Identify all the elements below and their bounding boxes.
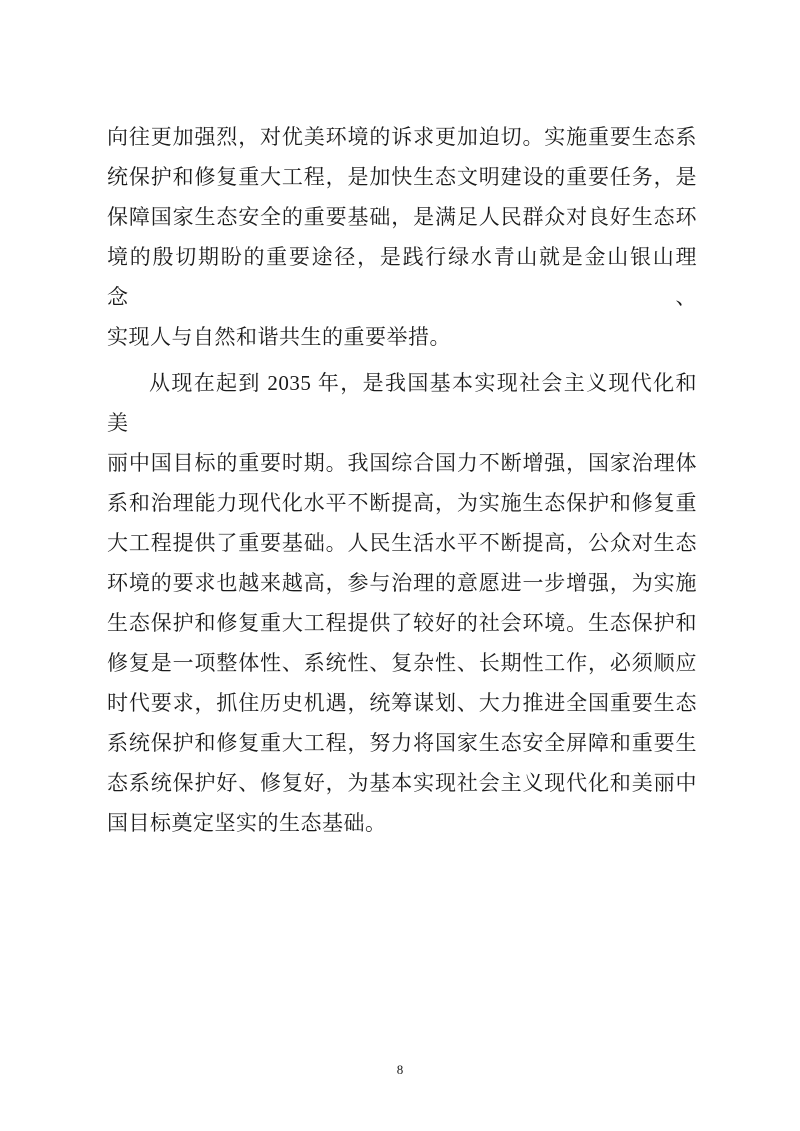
text-line: 向往更加强烈，对优美环境的诉求更加迫切。实施重要生态系 xyxy=(107,117,697,157)
text-line: 从现在起到 2035 年，是我国基本实现社会主义现代化和美 xyxy=(107,363,697,443)
text-line: 时代要求，抓住历史机遇，统筹谋划、大力推进全国重要生态 xyxy=(107,683,697,723)
text-line: 大工程提供了重要基础。人民生活水平不断提高，公众对生态 xyxy=(107,523,697,563)
document-page: 向往更加强烈，对优美环境的诉求更加迫切。实施重要生态系统保护和修复重大工程，是加… xyxy=(0,0,800,1131)
text-line: 统保护和修复重大工程，是加快生态文明建设的重要任务，是 xyxy=(107,157,697,197)
text-line: 丽中国目标的重要时期。我国综合国力不断增强，国家治理体 xyxy=(107,443,697,483)
page-number: 8 xyxy=(0,1062,800,1078)
text-line: 系和治理能力现代化水平不断提高，为实施生态保护和修复重 xyxy=(107,483,697,523)
page-body-text: 向往更加强烈，对优美环境的诉求更加迫切。实施重要生态系统保护和修复重大工程，是加… xyxy=(107,117,697,843)
text-line: 实现人与自然和谐共生的重要举措。 xyxy=(107,317,697,357)
paragraph-2035-goals: 从现在起到 2035 年，是我国基本实现社会主义现代化和美丽中国目标的重要时期。… xyxy=(107,363,697,843)
text-line: 境的殷切期盼的重要途径，是践行绿水青山就是金山银山理念、 xyxy=(107,237,697,317)
text-line: 生态保护和修复重大工程提供了较好的社会环境。生态保护和 xyxy=(107,603,697,643)
text-line: 环境的要求也越来越高，参与治理的意愿进一步增强，为实施 xyxy=(107,563,697,603)
paragraph-continuation: 向往更加强烈，对优美环境的诉求更加迫切。实施重要生态系统保护和修复重大工程，是加… xyxy=(107,117,697,357)
text-line: 国目标奠定坚实的生态基础。 xyxy=(107,803,697,843)
text-line: 系统保护和修复重大工程，努力将国家生态安全屏障和重要生 xyxy=(107,723,697,763)
text-line: 保障国家生态安全的重要基础，是满足人民群众对良好生态环 xyxy=(107,197,697,237)
text-line: 态系统保护好、修复好，为基本实现社会主义现代化和美丽中 xyxy=(107,763,697,803)
text-line: 修复是一项整体性、系统性、复杂性、长期性工作，必须顺应 xyxy=(107,643,697,683)
